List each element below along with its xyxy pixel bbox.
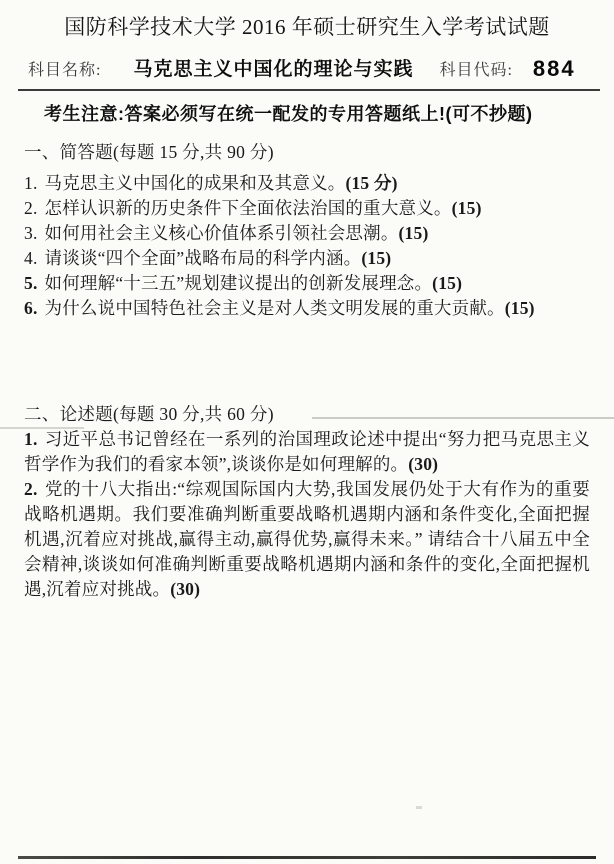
- section-heading: 一、简答题(每题 15 分,共 90 分): [24, 140, 590, 165]
- question-number: 1.: [24, 429, 38, 449]
- question-item: 5.如何理解“十三五”规划建议提出的创新发展理念。(15): [24, 271, 590, 296]
- question-item: 1.马克思主义中国化的成果和及其意义。(15 分): [24, 171, 590, 196]
- question-text: 为什么说中国特色社会主义是对人类文明发展的重大贡献。: [45, 298, 505, 318]
- scan-speck: [416, 806, 422, 809]
- question-score: (15 分): [345, 173, 397, 193]
- question-number: 4.: [24, 248, 38, 268]
- page-bottom-scan-edge: [18, 856, 596, 859]
- section-heading: 二、论述题(每题 30 分,共 60 分): [24, 402, 590, 427]
- subject-row: 科目名称: 马克思主义中国化的理论与实践 科目代码: 884: [28, 54, 576, 82]
- question-list: 1.习近平总书记曾经在一系列的治国理政论述中提出“努力把马克思主义哲学作为我们的…: [24, 427, 590, 602]
- subject-label: 科目名称:: [28, 62, 101, 79]
- subject-name: 马克思主义中国化的理论与实践: [133, 59, 413, 80]
- question-text: 如何用社会主义核心价值体系引领社会思潮。: [45, 223, 399, 243]
- question-text: 怎样认识新的历史条件下全面依法治国的重大意义。: [45, 198, 452, 218]
- question-number: 2.: [24, 479, 38, 499]
- question-item: 2.怎样认识新的历史条件下全面依法治国的重大意义。(15): [24, 196, 590, 221]
- question-text: 党的十八大指出:“综观国际国内大势,我国发展仍处于大有作为的重要战略机遇期。我们…: [24, 479, 590, 599]
- candidate-notice: 考生注意:答案必须写在统一配发的专用答题纸上!(可不抄题): [44, 100, 532, 126]
- question-score: (30): [408, 454, 438, 474]
- section-essay: 二、论述题(每题 30 分,共 60 分) 1.习近平总书记曾经在一系列的治国理…: [24, 402, 590, 602]
- question-item: 2.党的十八大指出:“综观国际国内大势,我国发展仍处于大有作为的重要战略机遇期。…: [24, 477, 590, 602]
- question-number: 2.: [24, 198, 38, 218]
- question-text: 习近平总书记曾经在一系列的治国理政论述中提出“努力把马克思主义哲学作为我们的看家…: [24, 429, 590, 474]
- question-text: 请谈谈“四个全面”战略布局的科学内涵。: [45, 248, 362, 268]
- question-score: (15): [505, 298, 535, 318]
- page-title: 国防科学技术大学 2016 年硕士研究生入学考试试题: [0, 11, 614, 41]
- question-item: 1.习近平总书记曾经在一系列的治国理政论述中提出“努力把马克思主义哲学作为我们的…: [24, 427, 590, 477]
- question-score: (15): [361, 248, 391, 268]
- subject-code-value: 884: [533, 56, 576, 81]
- header-divider: [18, 89, 600, 91]
- subject-code-label: 科目代码:: [439, 62, 512, 79]
- section-short-answer: 一、简答题(每题 15 分,共 90 分) 1.马克思主义中国化的成果和及其意义…: [24, 140, 590, 321]
- question-item: 3.如何用社会主义核心价值体系引领社会思潮。(15): [24, 221, 590, 246]
- question-score: (30): [170, 579, 200, 599]
- question-number: 3.: [24, 223, 38, 243]
- question-text: 马克思主义中国化的成果和及其意义。: [45, 173, 346, 193]
- question-item: 4.请谈谈“四个全面”战略布局的科学内涵。(15): [24, 246, 590, 271]
- question-score: (15): [432, 273, 462, 293]
- question-number: 1.: [24, 173, 38, 193]
- question-number: 5.: [24, 273, 38, 293]
- question-item: 6.为什么说中国特色社会主义是对人类文明发展的重大贡献。(15): [24, 296, 590, 321]
- question-score: (15): [452, 198, 482, 218]
- question-number: 6.: [24, 298, 38, 318]
- question-list: 1.马克思主义中国化的成果和及其意义。(15 分) 2.怎样认识新的历史条件下全…: [24, 171, 590, 321]
- question-score: (15): [399, 223, 429, 243]
- question-text: 如何理解“十三五”规划建议提出的创新发展理念。: [45, 273, 433, 293]
